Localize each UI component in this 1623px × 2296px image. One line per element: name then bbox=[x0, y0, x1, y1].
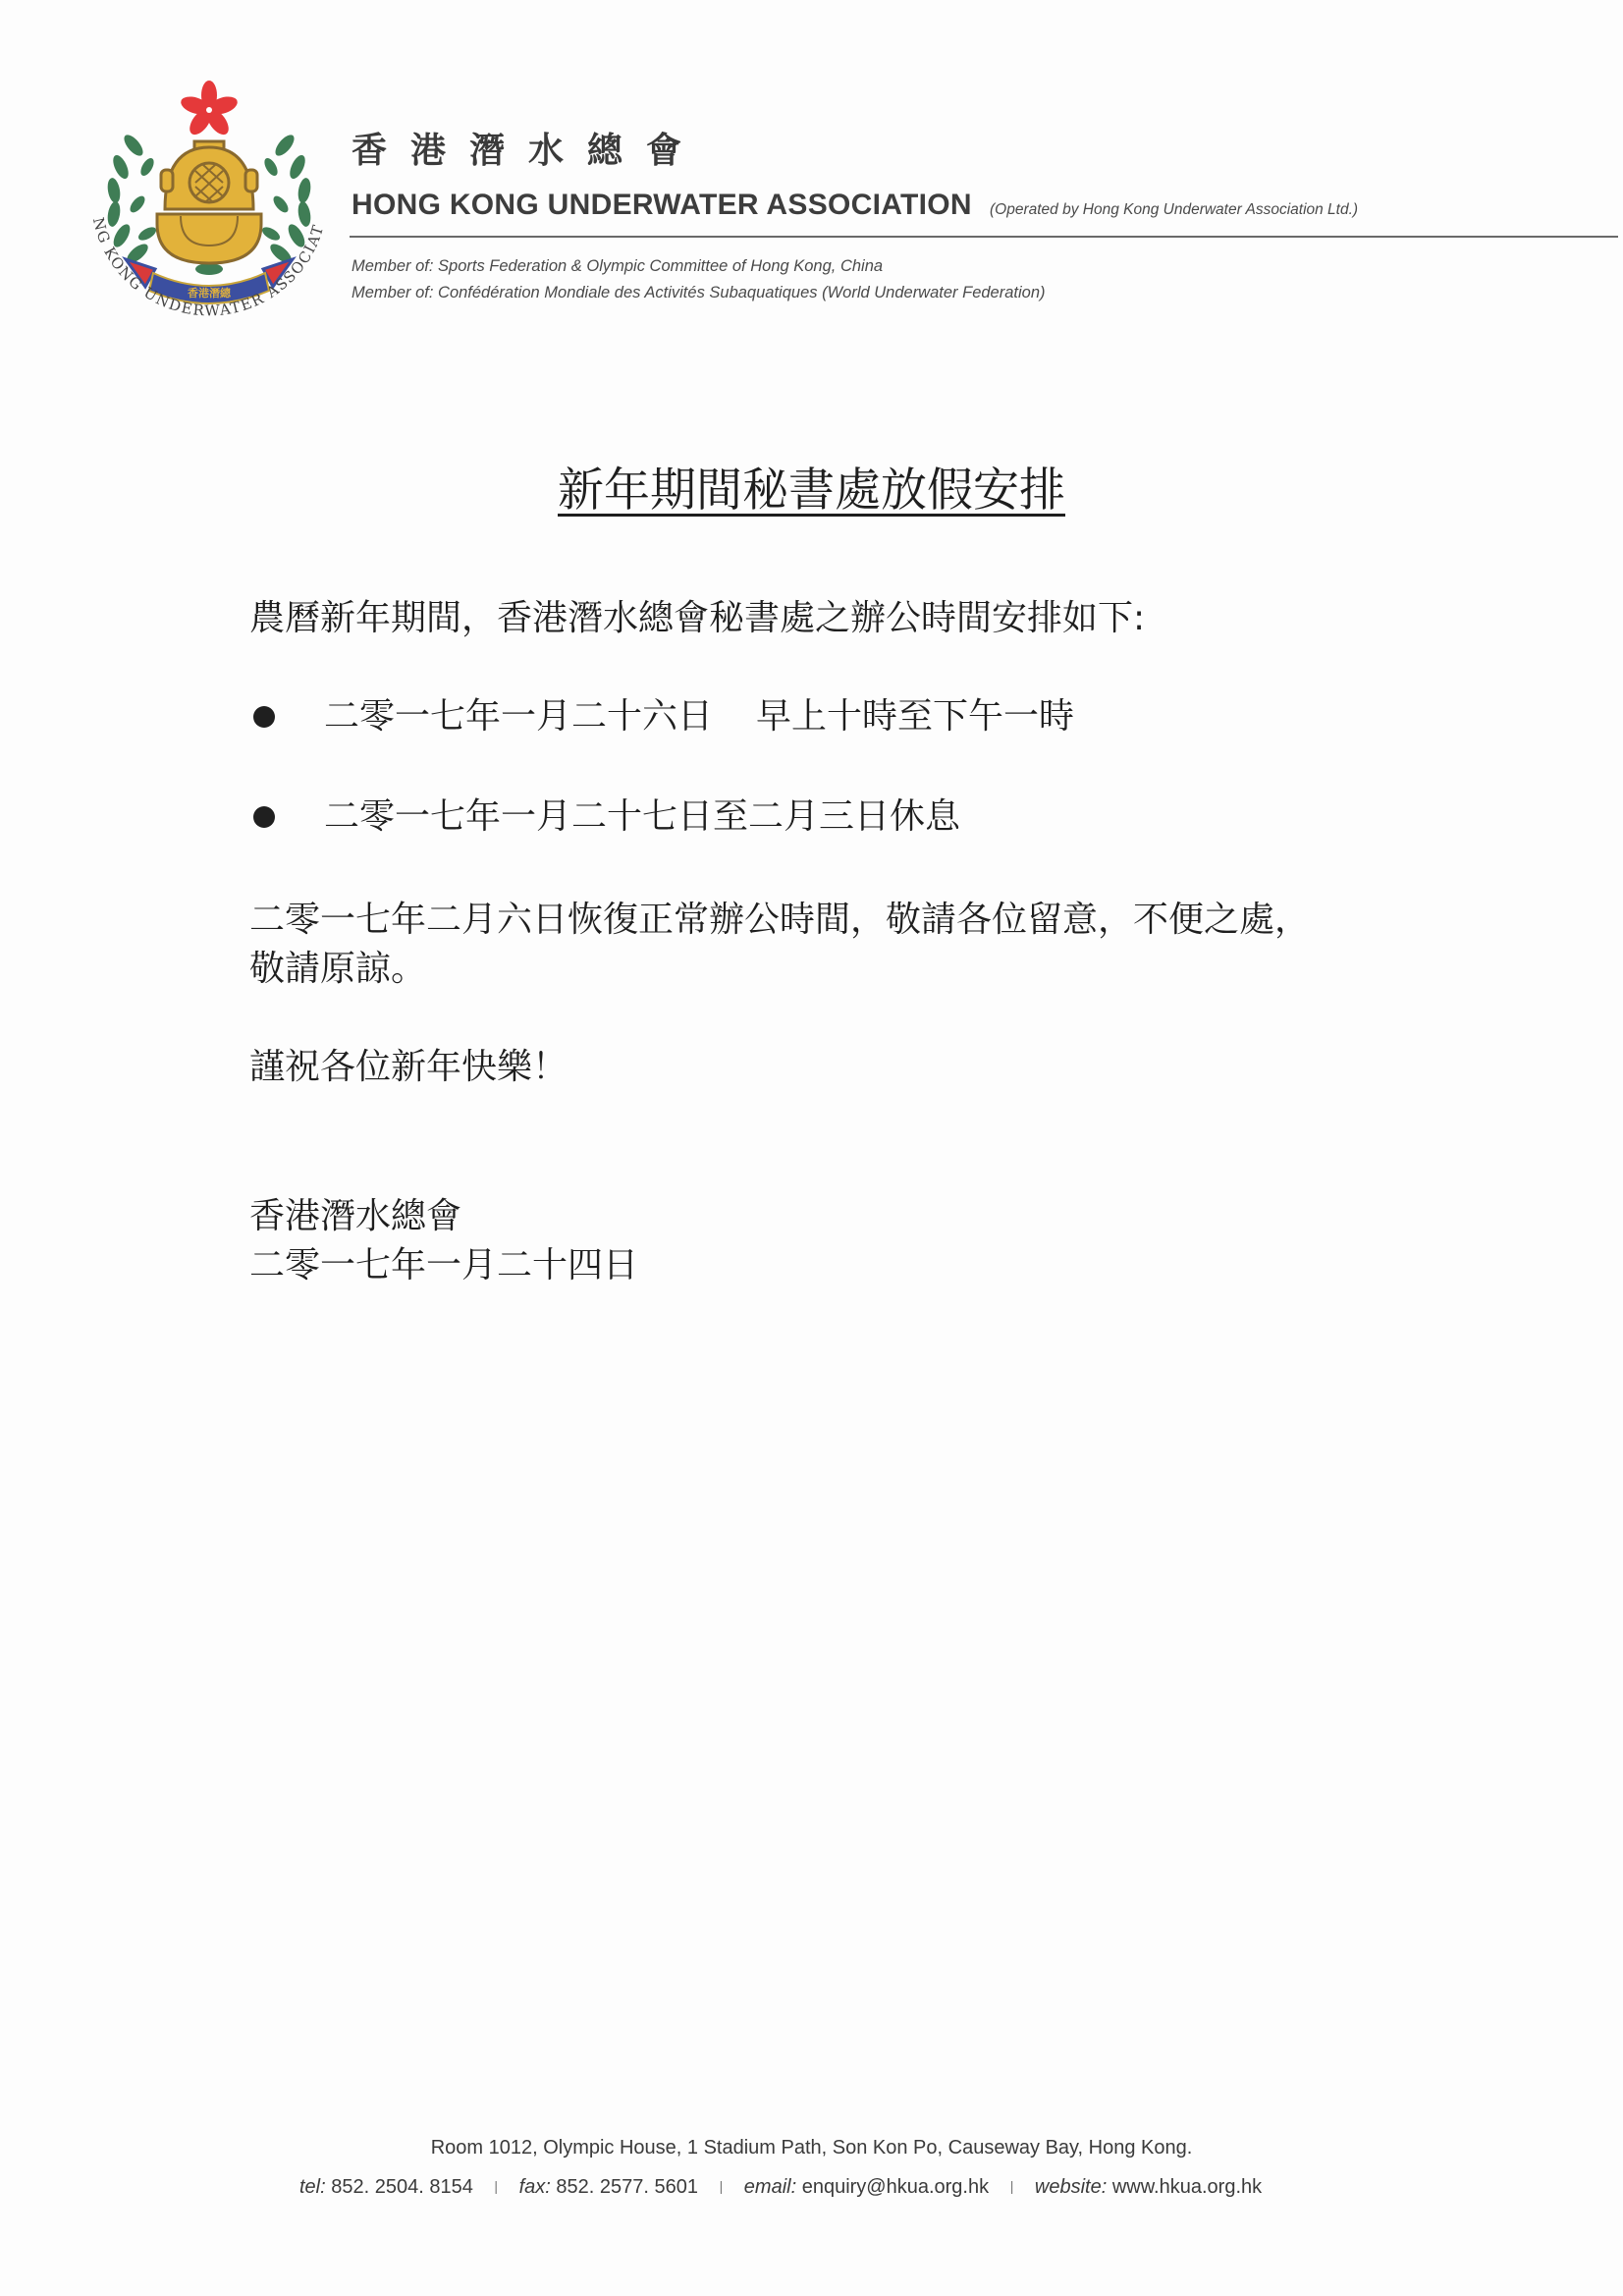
schedule-detail: 早上十時至下午一時 bbox=[756, 699, 1074, 735]
signature-block: 香港潛水總會 二零一七年一月二十四日 bbox=[249, 1192, 638, 1290]
bullet-icon bbox=[253, 706, 275, 728]
fax-value: 852. 2577. 5601 bbox=[556, 2176, 698, 2198]
letter-page: 香港潛總 HONG KONG UNDERWATER ASSOCIATION 香港… bbox=[0, 0, 1623, 2296]
schedule-date: 二零一七年一月二十七日至二月三日休息 bbox=[324, 799, 960, 835]
website-label: website: bbox=[1035, 2176, 1107, 2198]
hkua-emblem-icon: 香港潛總 HONG KONG UNDERWATER ASSOCIATION bbox=[86, 77, 332, 352]
emblem-banner-text: 香港潛總 bbox=[188, 286, 232, 300]
notice-title-text: 新年期間秘書處放假安排 bbox=[558, 464, 1065, 518]
website-link[interactable]: www.hkua.org.hk bbox=[1112, 2176, 1262, 2198]
resume-notice: 二零一七年二月六日恢復正常辦公時間，敬請各位留意，不便之處，敬請原諒。 bbox=[249, 896, 1329, 994]
notice-intro: 農曆新年期間，香港潛水總會秘書處之辦公時間安排如下: bbox=[249, 594, 1145, 643]
footer-contacts: tel: 852. 2504. 8154 | fax: 852. 2577. 5… bbox=[299, 2177, 1262, 2197]
schedule-date: 二零一七年一月二十六日 bbox=[324, 699, 713, 735]
email-label: email: bbox=[744, 2176, 796, 2198]
membership-line: Member of: Confédération Mondiale des Ac… bbox=[352, 285, 1046, 301]
tel-label: tel: bbox=[299, 2176, 326, 2198]
fax-label: fax: bbox=[519, 2176, 551, 2198]
membership-line: Member of: Sports Federation & Olympic C… bbox=[352, 258, 883, 275]
separator: | bbox=[494, 2179, 498, 2193]
email-link[interactable]: enquiry@hkua.org.hk bbox=[802, 2176, 989, 2198]
org-name-chinese: 香港潛水總會 bbox=[352, 134, 705, 169]
letterhead-divider bbox=[350, 236, 1618, 238]
bullet-icon bbox=[253, 806, 275, 828]
separator: | bbox=[1010, 2179, 1014, 2193]
new-year-wishes: 謹祝各位新年快樂！ bbox=[249, 1043, 568, 1092]
schedule-item: 二零一七年一月二十七日至二月三日休息 bbox=[253, 799, 960, 835]
separator: | bbox=[720, 2179, 724, 2193]
schedule-item: 二零一七年一月二十六日 早上十時至下午一時 bbox=[253, 699, 1074, 735]
signature-date: 二零一七年一月二十四日 bbox=[249, 1241, 638, 1290]
org-name-english: HONG KONG UNDERWATER ASSOCIATION bbox=[352, 191, 972, 220]
tel-value: 852. 2504. 8154 bbox=[331, 2176, 473, 2198]
notice-title: 新年期間秘書處放假安排 bbox=[0, 467, 1623, 514]
footer-address: Room 1012, Olympic House, 1 Stadium Path… bbox=[0, 2138, 1623, 2158]
operated-by-note: (Operated by Hong Kong Underwater Associ… bbox=[990, 202, 1358, 218]
signature-organization: 香港潛水總會 bbox=[249, 1192, 638, 1241]
